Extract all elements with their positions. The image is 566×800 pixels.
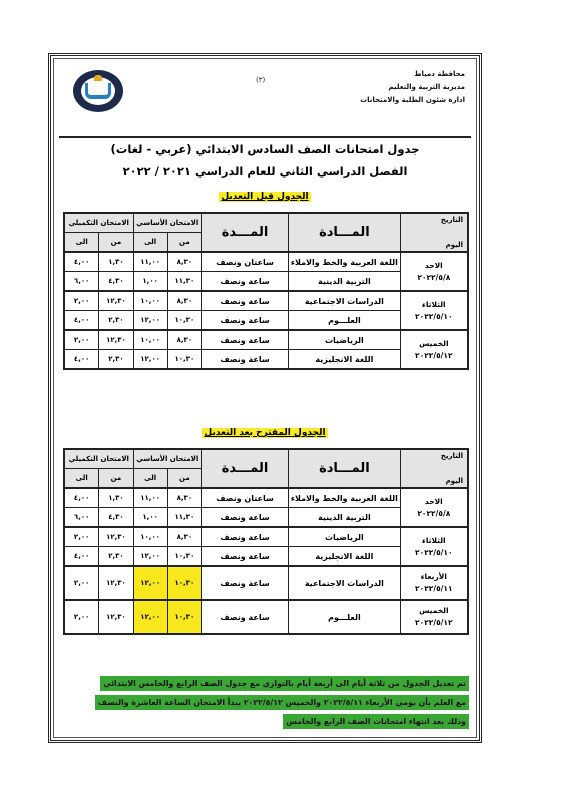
- document-page: محافظة دمياط مديرية التربية والتعليم ادا…: [48, 53, 482, 743]
- schedule-table-before: التاريخاليوم المـــادة المـــدة الامتحان…: [63, 212, 469, 370]
- highlighted-time: ١٢,٠٠: [133, 600, 167, 634]
- table-row: الخميس٢٠٢٢/٥/١٢ العلـــومساعة ونصف ١٠,٣٠…: [64, 600, 468, 634]
- governorate-label: محافظة دمياط: [360, 68, 465, 81]
- day-date-header: التاريخاليوم: [400, 213, 468, 252]
- table-row: الاحد٢٠٢٢/٥/٨ اللغة العربية والخط والامل…: [64, 488, 468, 508]
- table-after-caption: الجدول المقترح بعد التعديل: [202, 428, 327, 438]
- subject-header: المـــادة: [289, 449, 400, 488]
- duration-header: المـــدة: [201, 449, 288, 488]
- notes-block: تم تعديل الجدول من ثلاثة أيام الى أربعة …: [95, 676, 469, 733]
- subject-header: المـــادة: [289, 213, 400, 252]
- basic-from-header: من: [167, 469, 201, 489]
- note-line: وذلك بعد انتهاء امتحانات الصف الرابع وال…: [283, 714, 469, 729]
- basic-from-header: من: [167, 233, 201, 253]
- basic-exam-header: الامتحان الأساسي: [133, 449, 201, 469]
- ministry-logo-icon: [73, 70, 123, 112]
- highlighted-time: ١٠,٣٠: [167, 566, 201, 600]
- note-line: تم تعديل الجدول من ثلاثة أيام الى أربعة …: [100, 676, 469, 691]
- table-row: الأربعاء٢٠٢٢/٥/١١ الدراسات الاجتماعيةساع…: [64, 566, 468, 600]
- highlighted-time: ١٢,٠٠: [133, 566, 167, 600]
- department-label: ادارة شئون الطلبة والامتحانات: [360, 94, 465, 107]
- basic-to-header: الى: [133, 233, 167, 253]
- highlighted-time: ١٠,٣٠: [167, 600, 201, 634]
- duration-header: المـــدة: [201, 213, 288, 252]
- header-divider: [59, 136, 471, 138]
- day-date-header: التاريخاليوم: [400, 449, 468, 488]
- supp-exam-header: الامتحان التكميلي: [64, 213, 133, 233]
- document-title: جدول امتحانات الصف السادس الابتدائي (عرب…: [51, 142, 479, 156]
- supp-to-header: الى: [64, 233, 99, 253]
- table-before-caption: الجدول قبل التعديل: [219, 192, 310, 202]
- letterhead: محافظة دمياط مديرية التربية والتعليم ادا…: [51, 56, 479, 138]
- basic-exam-header: الامتحان الأساسي: [133, 213, 201, 233]
- document-subtitle: الفصل الدراسي الثاني للعام الدراسي ٢٠٢١ …: [51, 164, 479, 178]
- note-line: مع العلم بأن يومي الأربعاء ٢٠٢٢/٥/١١ وال…: [95, 695, 469, 710]
- schedule-table-after: التاريخاليوم المـــادة المـــدة الامتحان…: [63, 448, 469, 635]
- table-row: الثلاثاء٢٠٢٢/٥/١٠ الدراسات الاجتماعيةساع…: [64, 291, 468, 311]
- supp-from-header: من: [99, 469, 133, 489]
- table-row: الاحد٢٠٢٢/٥/٨ اللغة العربية والخط والامل…: [64, 252, 468, 272]
- supp-exam-header: الامتحان التكميلي: [64, 449, 133, 469]
- table-row: الثلاثاء٢٠٢٢/٥/١٠ الرياضياتساعة ونصف ٨,٣…: [64, 527, 468, 547]
- supp-from-header: من: [99, 233, 133, 253]
- basic-to-header: الى: [133, 469, 167, 489]
- organization-block: محافظة دمياط مديرية التربية والتعليم ادا…: [360, 68, 465, 107]
- directorate-label: مديرية التربية والتعليم: [360, 81, 465, 94]
- table-row: الخميس٢٠٢٢/٥/١٢ الرياضياتساعة ونصف ٨,٣٠١…: [64, 330, 468, 350]
- page-number: (٣): [256, 76, 265, 84]
- supp-to-header: الى: [64, 469, 99, 489]
